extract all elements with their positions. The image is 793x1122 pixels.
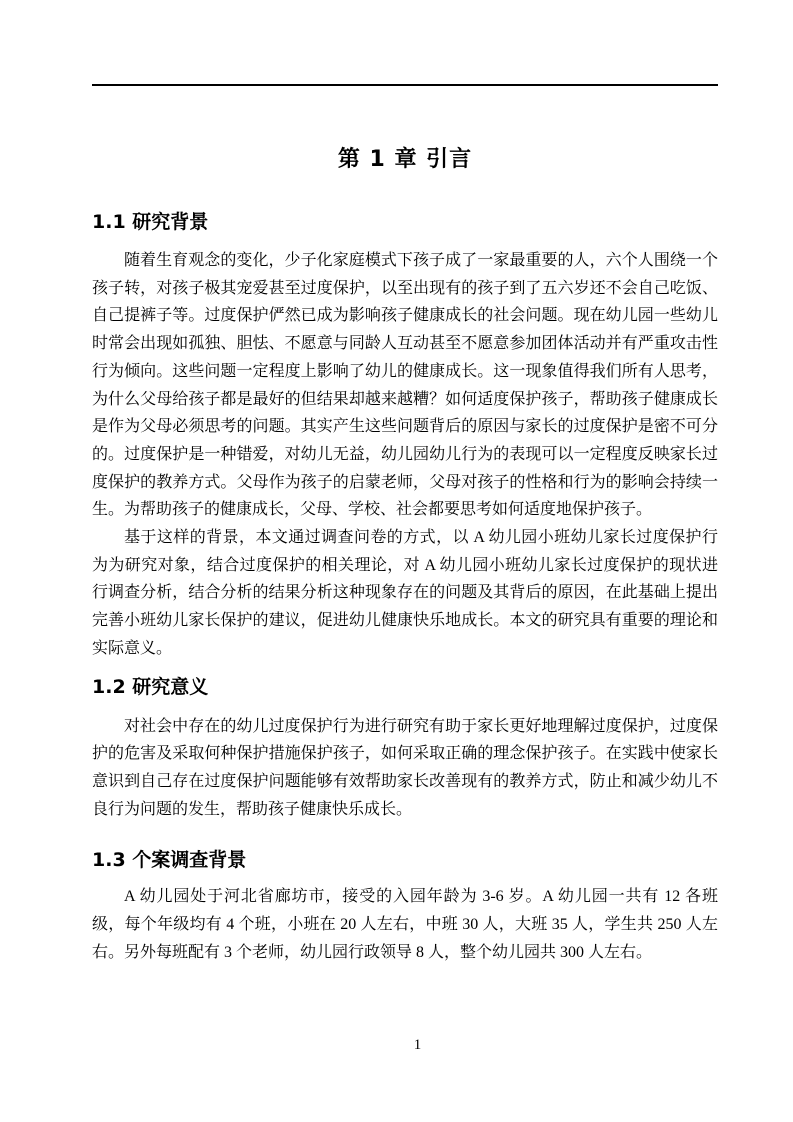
header-rule: [92, 84, 718, 86]
paragraph: 对社会中存在的幼儿过度保护行为进行研究有助于家长更好地理解过度保护，过度保护的危…: [92, 713, 718, 824]
section-research-significance: 1.2 研究意义 对社会中存在的幼儿过度保护行为进行研究有助于家长更好地理解过度…: [92, 676, 718, 824]
section-heading-1-2: 1.2 研究意义: [92, 676, 718, 699]
section-case-survey-background: 1.3 个案调查背景 A 幼儿园处于河北省廊坊市，接受的入园年龄为 3-6 岁。…: [92, 849, 718, 966]
section-heading-1-3: 1.3 个案调查背景: [92, 849, 718, 872]
page-footer: 1: [42, 1036, 793, 1054]
paragraph: 随着生育观念的变化，少子化家庭模式下孩子成了一家最重要的人，六个人围绕一个孩子转…: [92, 247, 718, 524]
page-number: 1: [414, 1037, 422, 1053]
section-research-background: 1.1 研究背景 随着生育观念的变化，少子化家庭模式下孩子成了一家最重要的人，六…: [92, 211, 718, 663]
document-page: 第 1 章 引言 1.1 研究背景 随着生育观念的变化，少子化家庭模式下孩子成了…: [0, 0, 793, 1122]
paragraph: A 幼儿园处于河北省廊坊市，接受的入园年龄为 3-6 岁。A 幼儿园一共有 12…: [92, 883, 718, 966]
section-heading-1-1: 1.1 研究背景: [92, 211, 718, 234]
chapter-title: 第 1 章 引言: [92, 0, 718, 175]
paragraph: 基于这样的背景，本文通过调查问卷的方式，以 A 幼儿园小班幼儿家长过度保护行为为…: [92, 524, 718, 663]
